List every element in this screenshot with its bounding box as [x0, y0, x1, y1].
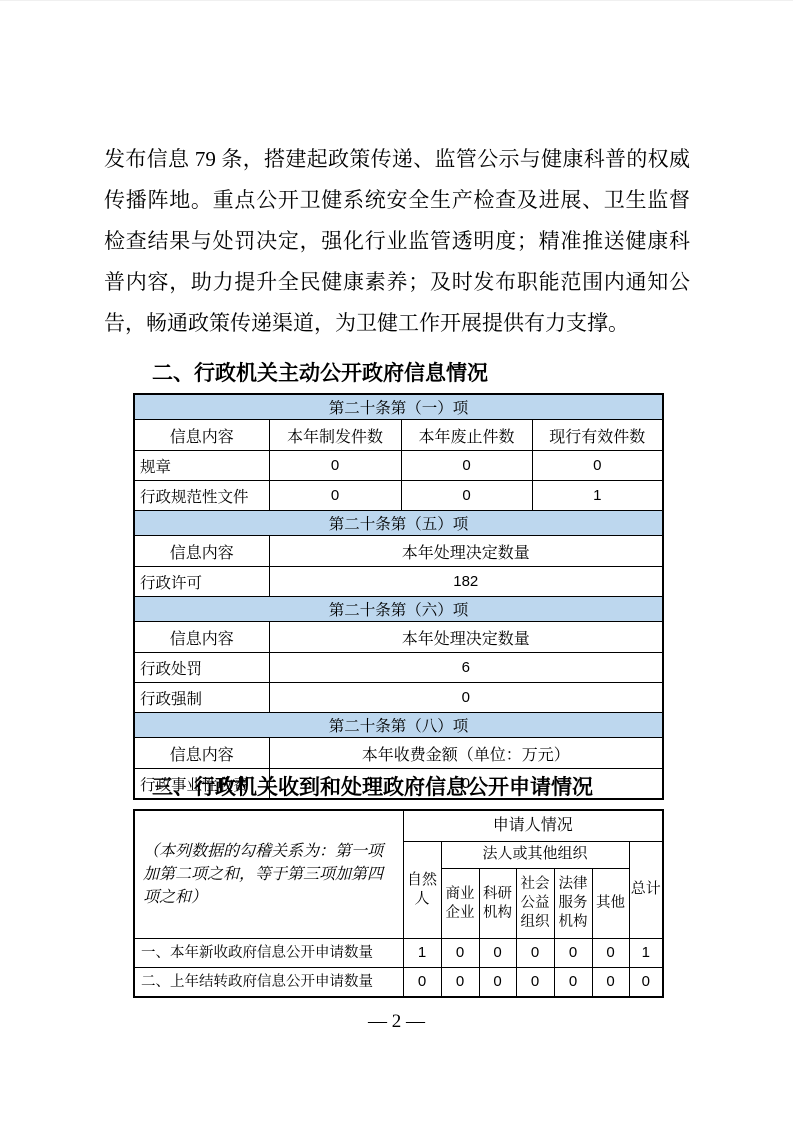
table-row: 行政强制 0 — [134, 683, 663, 713]
cell-value: 0 — [441, 939, 479, 968]
table-section-band: 第二十条第（五）项 — [134, 511, 663, 536]
col-header-social-welfare-org: 社会公益组织 — [516, 869, 554, 939]
cell-value: 0 — [554, 968, 592, 998]
cell-value: 0 — [554, 939, 592, 968]
cell-value: 0 — [516, 939, 554, 968]
row-label: 规章 — [134, 451, 269, 481]
section3-heading: 三、行政机关收到和处理政府信息公开申请情况 — [104, 775, 704, 801]
cell-value: 1 — [403, 939, 441, 968]
col-header: 信息内容 — [134, 420, 269, 451]
cell-value: 0 — [516, 968, 554, 998]
col-header-other: 其他 — [592, 869, 629, 939]
table-row: 规章 0 0 0 — [134, 451, 663, 481]
cell-value: 0 — [269, 683, 663, 713]
col-header: 信息内容 — [134, 622, 269, 653]
cell-value: 182 — [269, 567, 663, 597]
table-section-band: 第二十条第（八）项 — [134, 713, 663, 738]
cell-value: 0 — [269, 481, 401, 511]
col-header-legal-service-org: 法律服务机构 — [554, 869, 592, 939]
cell-value: 0 — [592, 939, 629, 968]
cell-value: 0 — [269, 451, 401, 481]
table-header-row: （本列数据的勾稽关系为：第一项加第二项之和，等于第三项加第四项之和） 申请人情况 — [134, 810, 663, 842]
document-page: 发布信息 79 条，搭建起政策传递、监管公示与健康科普的权威传播阵地。重点公开卫… — [0, 0, 793, 1122]
table-row: 行政规范性文件 0 0 1 — [134, 481, 663, 511]
reconciliation-note: （本列数据的勾稽关系为：第一项加第二项之和，等于第三项加第四项之和） — [134, 810, 403, 939]
body-paragraph: 发布信息 79 条，搭建起政策传递、监管公示与健康科普的权威传播阵地。重点公开卫… — [104, 139, 690, 344]
requests-table: （本列数据的勾稽关系为：第一项加第二项之和，等于第三项加第四项之和） 申请人情况… — [133, 809, 664, 998]
band-label: 第二十条第（八）项 — [134, 713, 663, 738]
row-label: 二、上年结转政府信息公开申请数量 — [134, 968, 403, 998]
col-header: 现行有效件数 — [532, 420, 663, 451]
col-header: 本年收费金额（单位：万元） — [269, 738, 663, 769]
band-label: 第二十条第（五）项 — [134, 511, 663, 536]
cell-value: 0 — [401, 451, 532, 481]
page-number: — 2 — — [0, 1011, 793, 1033]
cell-value: 0 — [403, 968, 441, 998]
cell-value: 1 — [629, 939, 663, 968]
band-label: 第二十条第（一）项 — [134, 394, 663, 420]
cell-value: 0 — [479, 939, 516, 968]
cell-value: 0 — [629, 968, 663, 998]
col-header-legal-org-group: 法人或其他组织 — [441, 842, 629, 869]
section2-heading: 二、行政机关主动公开政府信息情况 — [104, 361, 704, 387]
table-row: 行政处罚 6 — [134, 653, 663, 683]
col-header: 本年制发件数 — [269, 420, 401, 451]
cell-value: 0 — [441, 968, 479, 998]
table-row: 行政许可 182 — [134, 567, 663, 597]
col-header: 本年废止件数 — [401, 420, 532, 451]
col-header-total: 总计 — [629, 842, 663, 939]
col-header-commercial-enterprise: 商业企业 — [441, 869, 479, 939]
cell-value: 0 — [401, 481, 532, 511]
table-row: 二、上年结转政府信息公开申请数量 0 0 0 0 0 0 0 — [134, 968, 663, 998]
col-header: 本年处理决定数量 — [269, 536, 663, 567]
table-section-band: 第二十条第（一）项 — [134, 394, 663, 420]
row-label: 行政强制 — [134, 683, 269, 713]
row-label: 行政规范性文件 — [134, 481, 269, 511]
col-header: 本年处理决定数量 — [269, 622, 663, 653]
table-row: 一、本年新收政府信息公开申请数量 1 0 0 0 0 0 1 — [134, 939, 663, 968]
col-header-natural-person: 自然人 — [403, 842, 441, 939]
cell-value: 0 — [592, 968, 629, 998]
row-label: 一、本年新收政府信息公开申请数量 — [134, 939, 403, 968]
cell-value: 0 — [479, 968, 516, 998]
table-header-row: 信息内容 本年收费金额（单位：万元） — [134, 738, 663, 769]
active-disclosure-table: 第二十条第（一）项 信息内容 本年制发件数 本年废止件数 现行有效件数 规章 0… — [133, 393, 664, 800]
col-header-research-institution: 科研机构 — [479, 869, 516, 939]
row-label: 行政许可 — [134, 567, 269, 597]
cell-value: 6 — [269, 653, 663, 683]
cell-value: 0 — [532, 451, 663, 481]
table-header-row: 信息内容 本年处理决定数量 — [134, 622, 663, 653]
band-label: 第二十条第（六）项 — [134, 597, 663, 622]
row-label: 行政处罚 — [134, 653, 269, 683]
col-header-applicant-group: 申请人情况 — [403, 810, 663, 842]
col-header: 信息内容 — [134, 738, 269, 769]
col-header: 信息内容 — [134, 536, 269, 567]
table-header-row: 信息内容 本年处理决定数量 — [134, 536, 663, 567]
cell-value: 1 — [532, 481, 663, 511]
table-section-band: 第二十条第（六）项 — [134, 597, 663, 622]
table-header-row: 信息内容 本年制发件数 本年废止件数 现行有效件数 — [134, 420, 663, 451]
